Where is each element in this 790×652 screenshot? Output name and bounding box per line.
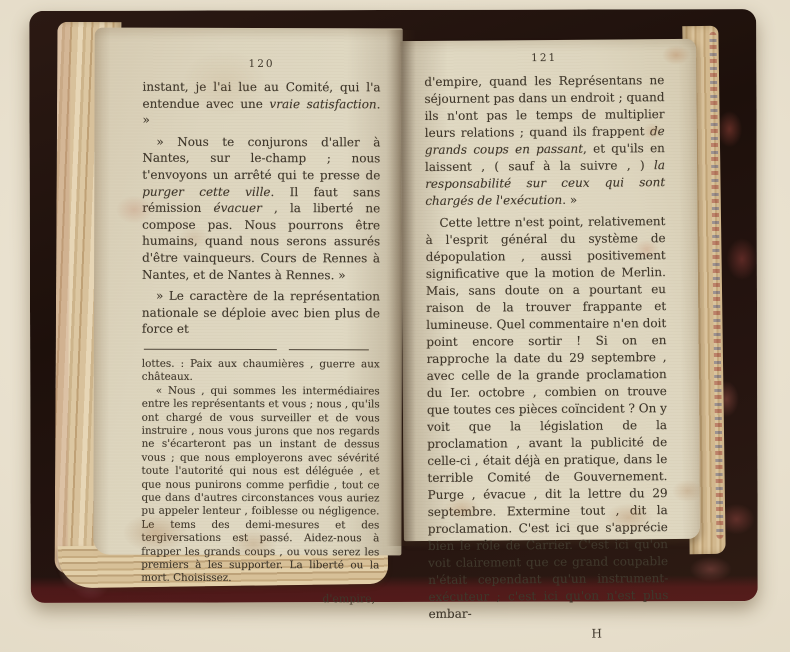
signature-mark: H [477, 626, 717, 642]
separator-segment [289, 349, 369, 350]
footnote-separator [144, 349, 378, 351]
paragraph: instant, je l'ai lue au Comité, qui l'a … [142, 79, 380, 129]
right-page-number: 121 [424, 51, 664, 65]
paragraph: d'empire, quand les Représentans ne séjo… [424, 72, 665, 210]
catchword: d'empire, [141, 592, 379, 606]
left-page-text-block: 120 instant, je l'ai lue au Comité, qui … [141, 58, 380, 605]
paragraph: » Nous te conjurons d'aller à Nantes, su… [142, 134, 380, 284]
footnote-paragraph: « Nous , qui sommes les intermédiaires e… [141, 384, 380, 586]
footnote: lottes. : Paix aux chaumières , guerre a… [141, 358, 380, 587]
left-page: 120 instant, je l'ai lue au Comité, qui … [93, 28, 402, 556]
footnote-paragraph: lottes. : Paix aux chaumières , guerre a… [142, 358, 380, 385]
separator-segment [144, 349, 277, 350]
paragraph: » Le caractère de la représentation nati… [142, 288, 380, 338]
right-page: 121 d'empire, quand les Représentans ne … [400, 39, 700, 541]
left-page-number: 120 [143, 58, 381, 71]
right-page-text-block: 121 d'empire, quand les Représentans ne … [424, 51, 669, 642]
paragraph: Cette lettre n'est point, relativement à… [425, 213, 668, 623]
photo-background: 120 instant, je l'ai lue au Comité, qui … [0, 0, 790, 652]
